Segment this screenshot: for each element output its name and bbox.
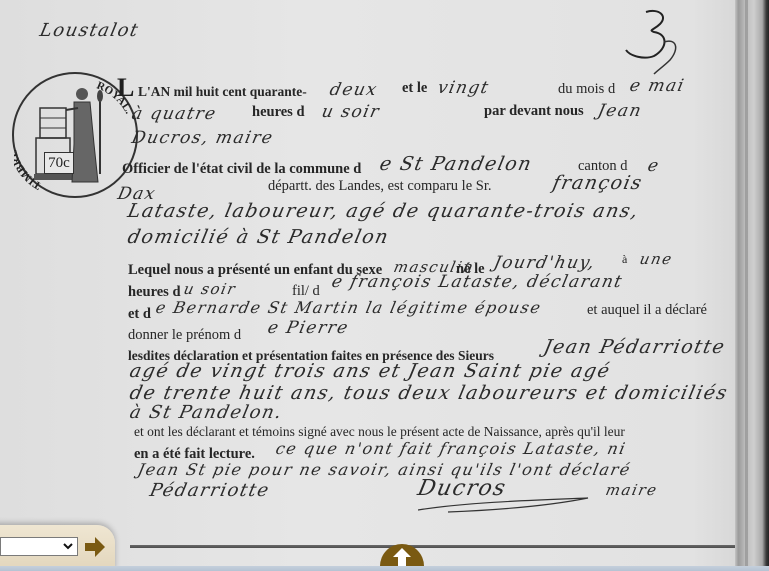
handwritten-text: Jean Pédarriotte bbox=[542, 336, 728, 358]
handwritten-text: e Pierre bbox=[266, 318, 351, 338]
stamp-value: 70c bbox=[44, 152, 74, 174]
handwritten-text: ce que n'ont fait françois Lataste, ni bbox=[274, 439, 628, 458]
printed-text: par devant nous bbox=[484, 103, 584, 120]
closing-rule bbox=[130, 545, 740, 548]
window-bottom-strip bbox=[0, 566, 769, 571]
printed-text: du mois d bbox=[558, 81, 615, 98]
page-edge-line bbox=[745, 0, 748, 566]
handwritten-text: e bbox=[646, 156, 662, 176]
mayor-title: maire bbox=[604, 481, 659, 499]
handwritten-text: à quatre bbox=[130, 104, 219, 124]
page-select[interactable] bbox=[0, 537, 78, 556]
printed-text: et d bbox=[128, 306, 151, 323]
page-number-mark bbox=[624, 8, 694, 78]
handwritten-text: à St Pandelon. bbox=[128, 402, 285, 423]
printed-text: donner le prénom d bbox=[128, 327, 241, 344]
chevron-down-icon bbox=[63, 539, 73, 556]
printed-text: heures d bbox=[252, 104, 305, 121]
handwritten-text: e françois Lataste, déclarant bbox=[330, 272, 625, 292]
printed-text: L'AN mil huit cent quarante- bbox=[138, 84, 307, 100]
handwritten-text: françois bbox=[551, 172, 645, 194]
handwritten-text: de trente huit ans, tous deux laboureurs… bbox=[128, 382, 731, 404]
handwritten-text: vingt bbox=[436, 78, 491, 98]
printed-text: et ont les déclarant et témoins signé av… bbox=[134, 424, 625, 440]
drop-cap: L bbox=[117, 73, 134, 103]
handwritten-text: une bbox=[638, 250, 675, 268]
handwritten-text: deux bbox=[328, 80, 380, 100]
printed-text: à bbox=[622, 252, 627, 267]
margin-name: Loustalot bbox=[38, 20, 141, 41]
handwritten-text: Jourd'huy, bbox=[492, 253, 598, 273]
printed-text: et auquel il a déclaré bbox=[587, 302, 707, 319]
handwritten-text: e Bernarde St Martin la légitime épouse bbox=[154, 298, 544, 317]
signature-flourish bbox=[418, 494, 598, 514]
svg-text:TIMBRE: TIMBRE bbox=[14, 148, 44, 191]
witness-signature: Pédarriotte bbox=[148, 480, 272, 501]
handwritten-text: u soir bbox=[182, 280, 238, 298]
handwritten-text: Jean St pie pour ne savoir, ainsi qu'ils… bbox=[136, 460, 633, 479]
handwritten-text: agé de vingt trois ans et Jean Saint pie… bbox=[128, 360, 613, 382]
arrow-right-icon bbox=[84, 536, 106, 558]
handwritten-text: Lataste, laboureur, agé de quarante-troi… bbox=[126, 200, 641, 222]
printed-text: Officier de l'état civil de la commune d bbox=[122, 161, 361, 178]
document-viewer[interactable]: Loustalot TIMBRE ROYAL. 70c L L'AN mil h bbox=[0, 0, 769, 566]
handwritten-text: e St Pandelon bbox=[378, 153, 535, 175]
printed-text: départt. des Landes, est comparu le Sr. bbox=[268, 178, 491, 195]
printed-text: et le bbox=[402, 80, 427, 97]
arrow-up-icon bbox=[392, 547, 412, 567]
handwritten-text: e mai bbox=[628, 76, 687, 96]
go-button[interactable] bbox=[84, 536, 106, 558]
handwritten-text: u soir bbox=[320, 102, 382, 122]
page-edge bbox=[735, 0, 769, 566]
handwritten-text: Jean bbox=[596, 101, 644, 121]
handwritten-text: Ducros, maire bbox=[130, 128, 276, 148]
handwritten-text: domicilié à St Pandelon bbox=[126, 226, 392, 248]
